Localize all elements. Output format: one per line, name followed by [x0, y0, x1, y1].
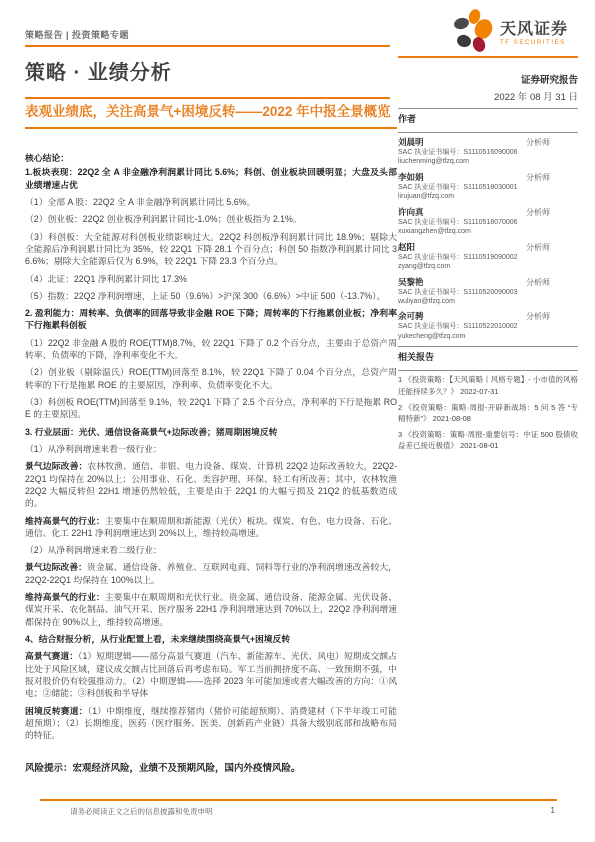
tf-logo-icon [454, 9, 494, 53]
author-name: 赵阳 [398, 241, 415, 253]
author-email: zyang@tfzq.com [398, 262, 578, 271]
author-role: 分析师 [526, 277, 578, 288]
paragraph: 高景气赛道：（1）短期逻辑——部分高景气赛道（汽车、新能源车、光伏、风电）短期成… [25, 650, 397, 699]
paragraph-text: （2）从净利润增速来看二级行业： [25, 545, 162, 555]
author-role: 分析师 [526, 172, 578, 183]
author-entry: 余可骋分析师SAC 执业证书编号：S1110522010002yukecheng… [398, 310, 578, 341]
author-name: 李如娟 [398, 171, 424, 183]
related-report-title: 2 《投资策略：策略·周报-开辟新战场：5 问 5 答 “专精特新”》 [398, 403, 578, 424]
footer-disclaimer: 请务必阅读正文之后的信息披露和免责申明 [70, 806, 213, 817]
paragraph-lead: 2. 盈利能力：周转率、负债率的回落导致非金融 ROE 下降；周转率的下行拖累创… [25, 308, 397, 330]
paragraph: （1）从净利润增速来看一级行业： [25, 443, 397, 455]
paragraph-lead: 景气边际改善： [25, 562, 87, 572]
paragraph: （5）指数：22Q2 净利润增速，上证 50（9.6%）>沪深 300（6.6%… [25, 290, 397, 302]
paragraph-lead: 高景气赛道： [25, 651, 78, 661]
paragraph-text: （1）从净利润增速来看一级行业： [25, 444, 162, 454]
paragraph-lead: 维持高景气的行业： [25, 592, 105, 602]
related-report: 1 《投资策略：【天风策略丨风格专题】- 小市值的风格还能持续多久？》 2022… [398, 374, 578, 397]
paragraph-text: （2）创业板（剔除温氏）ROE(TTM)回落至 8.1%，较 22Q1 下降了 … [25, 367, 397, 389]
paragraph-text: （3）科创板：大全能源对科创板业绩影响过大。22Q2 科创板净利润累计同比 18… [25, 232, 397, 267]
author-name: 刘晨明 [398, 136, 424, 148]
paragraph: 2. 盈利能力：周转率、负债率的回落导致非金融 ROE 下降；周转率的下行拖累创… [25, 307, 397, 332]
author-sac-number: SAC 执业证书编号：S1110519090002 [398, 253, 578, 262]
authors-label: 作者 [398, 109, 578, 127]
logo-petal-gray-left [453, 16, 470, 31]
paragraph: 景气边际改善：农林牧渔、通信、非银、电力设备、煤炭、计算机 22Q2 边际改善较… [25, 460, 397, 509]
paragraph: 风险提示：宏观经济风险，业绩不及预期风险，国内外疫情风险。 [25, 762, 397, 775]
logo-rule [398, 56, 578, 58]
author-sac-number: SAC 执业证书编号：S1110522010002 [398, 322, 578, 331]
author-entry: 许向真分析师SAC 执业证书编号：S1110518070006xuxiangzh… [398, 206, 578, 237]
paragraph: （1）22Q2 非金融 A 股的 ROE(TTM)8.7%，较 22Q1 下降了… [25, 337, 397, 362]
paragraph-text: （5）指数：22Q2 净利润增速，上证 50（9.6%）>沪深 300（6.6%… [25, 291, 385, 301]
author-role: 分析师 [526, 311, 578, 322]
paragraph: （2）从净利润增速来看二级行业： [25, 544, 397, 556]
author-header: 李如娟分析师 [398, 171, 578, 183]
author-header: 余可骋分析师 [398, 310, 578, 322]
sidebar-divider [398, 370, 578, 371]
paragraph: （1）全部 A 股：22Q2 全 A 非金融净利润累计同比 5.6%。 [25, 196, 397, 208]
author-email: wuliyan@tfzq.com [398, 297, 578, 306]
author-header: 许向真分析师 [398, 206, 578, 218]
paragraph-text: （1）全部 A 股：22Q2 全 A 非金融净利润累计同比 5.6%。 [25, 197, 255, 207]
author-email: xuxiangzhen@tfzq.com [398, 227, 578, 236]
report-title: 表观业绩底，关注高景气+困境反转——2022 年中报全景概览 [25, 103, 397, 129]
author-entry: 吴黎艳分析师SAC 执业证书编号：S1110520090003wuliyan@t… [398, 276, 578, 307]
report-body: 核心结论：1.板块表现：22Q2 全 A 非金融净利润累计同比 5.6%；科创、… [25, 152, 397, 780]
logo-name-cn: 天风证券 [500, 16, 568, 39]
author-sac-number: SAC 执业证书编号：S1110518030001 [398, 183, 578, 192]
paragraph: 4、结合财报分析，从行业配置上看，未来继续围绕高景气+困境反转 [25, 633, 397, 645]
author-role: 分析师 [526, 137, 578, 148]
author-entry: 李如娟分析师SAC 执业证书编号：S1110518030001lirujuan@… [398, 171, 578, 202]
related-report: 3 《投资策略：策略·周报-重要信号：中证 500 股债收益差已接近极值》 20… [398, 429, 578, 452]
author-entry: 赵阳分析师SAC 执业证书编号：S1110519090002zyang@tfzq… [398, 241, 578, 272]
paragraph: 困境反转赛道：（1）中期维度，继续推荐猪肉（猪价可能超预期）、消费建材（下半年竣… [25, 705, 397, 742]
paragraph: 维持高景气的行业：主要集中在顺周期和光伏行业。贵金属、通信设备、能源金属、光伏设… [25, 591, 397, 628]
report-kicker: 策略报告 | 投资策略专题 [25, 28, 129, 41]
paragraph: 核心结论： [25, 152, 397, 164]
section-rule [25, 97, 390, 99]
paragraph: （3）科创板：大全能源对科创板业绩影响过大。22Q2 科创板净利润累计同比 18… [25, 231, 397, 268]
author-sac-number: SAC 执业证书编号：S1110520090003 [398, 288, 578, 297]
author-email: liuchenming@tfzq.com [398, 157, 578, 166]
paragraph-text: （1）22Q2 非金融 A 股的 ROE(TTM)8.7%，较 22Q1 下降了… [25, 338, 397, 360]
author-header: 刘晨明分析师 [398, 136, 578, 148]
logo-petal-black-bottom [456, 33, 473, 48]
report-page: 策略报告 | 投资策略专题 策略 · 业绩分析 表观业绩底，关注高景气+困境反转… [0, 0, 595, 842]
author-name: 许向真 [398, 206, 424, 218]
section-title: 策略 · 业绩分析 [25, 56, 172, 85]
paragraph-text: （1）短期逻辑——部分高景气赛道（汽车、新能源车、光伏、风电）短期成交额占比处于… [25, 651, 397, 698]
related-report-date: 2021-08-08 [433, 414, 471, 423]
sidebar: 天风证券 TF SECURITIES 证券研究报告 2022 年 08 月 31… [398, 8, 578, 456]
paragraph-lead: 4、结合财报分析，从行业配置上看，未来继续围绕高景气+困境反转 [25, 634, 290, 644]
reports-list: 1 《投资策略：【天风策略丨风格专题】- 小市值的风格还能持续多久？》 2022… [398, 374, 578, 452]
report-date: 2022 年 08 月 31 日 [398, 89, 578, 103]
author-email: yukecheng@tfzq.com [398, 332, 578, 341]
author-name: 余可骋 [398, 310, 424, 322]
paragraph: 维持高景气的行业：主要集中在顺周期和新能源（光伏）板块。煤炭、有色、电力设备、石… [25, 515, 397, 540]
paragraph: （2）创业板：22Q2 创业板净利润累计同比-1.0%；创业板指为 2.1%。 [25, 213, 397, 225]
paragraph-lead: 风险提示：宏观经济风险，业绩不及预期风险，国内外疫情风险。 [25, 763, 301, 774]
paragraph: 3. 行业层面：光伏、通信设备高景气+边际改善；猪周期困境反转 [25, 426, 397, 438]
authors-list: 刘晨明分析师SAC 执业证书编号：S1110516090006liuchenmi… [398, 136, 578, 341]
author-name: 吴黎艳 [398, 276, 424, 288]
footer-rule [40, 799, 557, 801]
related-report-date: 2022-07-31 [460, 387, 498, 396]
author-sac-number: SAC 执业证书编号：S1110518070006 [398, 218, 578, 227]
report-type: 证券研究报告 [398, 72, 578, 86]
paragraph-lead: 景气边际改善： [25, 461, 87, 471]
paragraph-text: （3）科创板 ROE(TTM)回落至 9.1%，较 22Q1 下降了 2.5 个… [25, 397, 397, 419]
tf-logo: 天风证券 TF SECURITIES [398, 8, 578, 54]
paragraph: 1.板块表现：22Q2 全 A 非金融净利润累计同比 5.6%；科创、创业板块回… [25, 166, 397, 191]
paragraph: （2）创业板（剔除温氏）ROE(TTM)回落至 8.1%，较 22Q1 下降了 … [25, 366, 397, 391]
paragraph: （3）科创板 ROE(TTM)回落至 9.1%，较 22Q1 下降了 2.5 个… [25, 396, 397, 421]
author-sac-number: SAC 执业证书编号：S1110516090006 [398, 148, 578, 157]
author-entry: 刘晨明分析师SAC 执业证书编号：S1110516090006liuchenmi… [398, 136, 578, 167]
logo-text: 天风证券 TF SECURITIES [500, 16, 568, 46]
related-report: 2 《投资策略：策略·周报-开辟新战场：5 问 5 答 “专精特新”》 2021… [398, 402, 578, 425]
paragraph: （4）北证：22Q1 净利润累计同比 17.3% [25, 273, 397, 285]
author-email: lirujuan@tfzq.com [398, 192, 578, 201]
reports-label: 相关报告 [398, 347, 578, 365]
author-role: 分析师 [526, 242, 578, 253]
paragraph-lead: 3. 行业层面：光伏、通信设备高景气+边际改善；猪周期困境反转 [25, 427, 277, 437]
paragraph: 景气边际改善：贵金属、通信设备、养殖业、互联网电商、饲料等行业的净利润增速改善较… [25, 561, 397, 586]
logo-name-en: TF SECURITIES [500, 40, 568, 46]
paragraph-text: （4）北证：22Q1 净利润累计同比 17.3% [25, 274, 187, 284]
paragraph-lead: 1.板块表现：22Q2 全 A 非金融净利润累计同比 5.6%；科创、创业板块回… [25, 167, 397, 189]
paragraph-lead: 核心结论： [25, 153, 69, 163]
kicker-rule [25, 45, 390, 47]
page-number: 1 [550, 805, 555, 815]
author-role: 分析师 [526, 207, 578, 218]
author-header: 赵阳分析师 [398, 241, 578, 253]
related-report-date: 2021-08-01 [460, 441, 498, 450]
author-header: 吴黎艳分析师 [398, 276, 578, 288]
paragraph-lead: 困境反转赛道： [25, 706, 88, 716]
paragraph-text: （2）创业板：22Q2 创业板净利润累计同比-1.0%；创业板指为 2.1%。 [25, 214, 302, 224]
sidebar-divider [398, 132, 578, 133]
paragraph-lead: 维持高景气的行业： [25, 516, 105, 526]
